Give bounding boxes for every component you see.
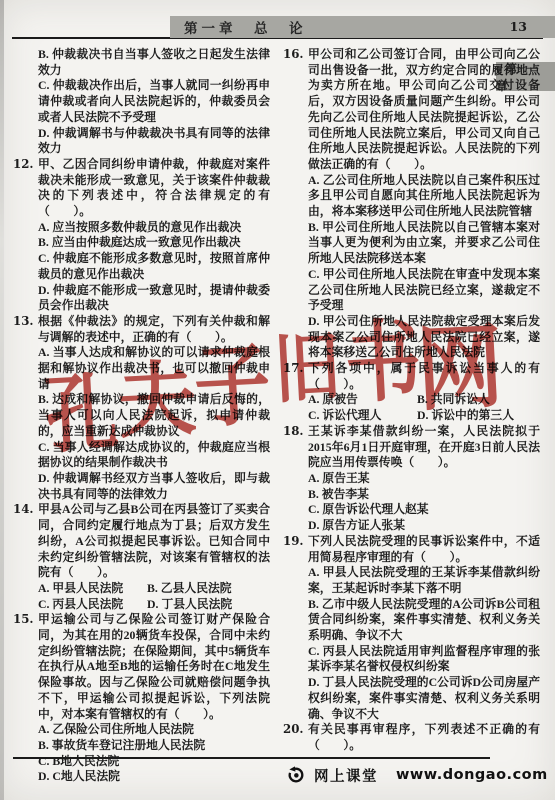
option-item: D. 仲裁庭不能形成一致意见时，提请仲裁委员会作出裁决 [38, 283, 270, 314]
scan-edge-shadow [0, 0, 4, 800]
footer-url: www.dongao.com [396, 767, 548, 783]
option-item: D. 仲裁调解书经双方当事人签收后，即与裁决书具有同等的法律效力 [38, 471, 270, 502]
option-item: A. 甲县人民法院 [38, 581, 147, 597]
question-stem: 甲运输公司与乙保险公司签订财产保险合同，为其在用的20辆货车投保，合同中未约定纠… [38, 612, 270, 722]
option-item: A. 原被告 [308, 392, 417, 408]
option-item: A. 当事人达成和解协议的可以请求仲裁庭根据和解协议作出裁决书，也可以撤回仲裁申… [38, 345, 270, 392]
question-body: 甲县A公司与乙县B公司在丙县签订了买卖合同，合同约定履行地点为丁县；后双方发生纠… [38, 502, 270, 612]
option-item: B. 乙县人民法院 [147, 581, 270, 597]
options-list: A. 原告王某B. 被告李某C. 原告诉讼代理人赵某D. 原告方证人张某 [308, 471, 540, 534]
question-body: 甲公司和乙公司签订合同，由甲公司向乙公司出售设备一批，双方约定合同的履行地点为卖… [308, 47, 540, 361]
question-block: B. 仲裁裁决书自当事人签收之日起发生法律效力C. 仲裁裁决作出后，当事人就同一… [13, 47, 270, 157]
question-stem: 王某诉李某借款纠纷一案，人民法院拟于2015年6月1日开庭审理，在开庭3日前人民… [308, 424, 540, 471]
option-item: D. 丁县人民法院受理的C公司诉D公司房屋产权纠纷案，案件事实清楚、权利义务关系… [308, 675, 540, 722]
question-block: 15.甲运输公司与乙保险公司签订财产保险合同，为其在用的20辆货车投保，合同中未… [13, 612, 270, 785]
option-item: C. 原告诉讼代理人赵某 [308, 502, 540, 518]
chapter-title: 第一章 总 论 [184, 17, 307, 37]
options-list: B. 仲裁裁决书自当事人签收之日起发生法律效力C. 仲裁裁决作出后，当事人就同一… [38, 47, 270, 157]
option-item: B. 甲公司住所地人民法院以自己管辖本案对当事人更为便利为由立案，并要求乙公司住… [308, 220, 540, 267]
page-number: 13 [510, 19, 527, 34]
left-column: B. 仲裁裁决书自当事人签收之日起发生法律效力C. 仲裁裁决作出后，当事人就同一… [13, 47, 270, 785]
right-column: 16.甲公司和乙公司签订合同，由甲公司向乙公司出售设备一批，双方约定合同的履行地… [283, 47, 540, 754]
dongao-logo-icon [287, 766, 305, 784]
question-number: 20. [283, 722, 308, 753]
option-item: C. 仲裁裁决作出后，当事人就同一纠纷再申请仲裁或者向人民法院起诉的，仲裁委员会… [38, 78, 270, 125]
question-stem: 根据《仲裁法》的规定，下列有关仲裁和解与调解的表述中，正确的有（ ）。 [38, 314, 270, 345]
option-item: C. 丙县人民法院适用审判监督程序审理的张某诉李某名誉权侵权纠纷案 [308, 644, 540, 675]
option-item: B. 达成和解协议，撤回仲裁申请后反悔的，当事人可以向人民法院起诉，拟申请仲裁的… [38, 392, 270, 439]
options-list: A. 原被告B. 共同诉讼人C. 诉讼代理人D. 诉讼中的第三人 [308, 392, 540, 423]
option-item: D. 原告方证人张某 [308, 518, 540, 534]
footer-rule [13, 757, 490, 759]
question-stem: 甲、乙因合同纠纷申请仲裁，仲裁庭对案件裁决未能形成一致意见，关于该案件仲裁裁决的… [38, 157, 270, 220]
question-block: 20.有关民事再审程序，下列表述不正确的有（ ）。 [283, 722, 540, 753]
question-block: 18.王某诉李某借款纠纷一案，人民法院拟于2015年6月1日开庭审理，在开庭3日… [283, 424, 540, 534]
option-item: D. 丁县人民法院 [147, 597, 270, 613]
question-stem: 甲县A公司与乙县B公司在丙县签订了买卖合同，合同约定履行地点为丁县；后双方发生纠… [38, 502, 270, 581]
question-block: 13.根据《仲裁法》的规定，下列有关仲裁和解与调解的表述中，正确的有（ ）。A.… [13, 314, 270, 502]
option-item: B. 乙市中级人民法院受理的A公司诉B公司租赁合同纠纷案，案件事实清楚、权利义务… [308, 597, 540, 644]
option-item: B. 被告李某 [308, 487, 540, 503]
option-item: C. 丙县人民法院 [38, 597, 147, 613]
question-number: 16. [283, 47, 308, 361]
option-item: B. 共同诉讼人 [417, 392, 540, 408]
option-item: D. C地人民法院 [38, 769, 270, 785]
option-item: B. 应当由仲裁庭达成一致意见作出裁决 [38, 235, 270, 251]
question-number: 14. [13, 502, 38, 612]
question-body: 下列人民法院受理的民事诉讼案件中，不适用简易程序审理的有（ ）。A. 甲县人民法… [308, 534, 540, 722]
option-item: B. 仲裁裁决书自当事人签收之日起发生法律效力 [38, 47, 270, 78]
question-body: 下列各项中，属于民事诉讼当事人的有（ ）。A. 原被告B. 共同诉讼人C. 诉讼… [308, 361, 540, 424]
option-item: D. 甲公司住所地人民法院裁定受理本案后发现本案乙公司住所地人民法院已经立案，遂… [308, 314, 540, 361]
question-body: 有关民事再审程序，下列表述不正确的有（ ）。 [308, 722, 540, 753]
option-item: A. 甲县人民法院受理的王某诉李某借款纠纷案，王某起诉时李某下落不明 [308, 565, 540, 596]
question-number: 12. [13, 157, 38, 314]
option-item: C. 当事人经调解达成协议的，仲裁庭应当根据协议的结果制作裁决书 [38, 440, 270, 471]
question-number: 15. [13, 612, 38, 785]
question-block: 19.下列人民法院受理的民事诉讼案件中，不适用简易程序审理的有（ ）。A. 甲县… [283, 534, 540, 722]
options-list: A. 乙保险公司住所地人民法院B. 事故货车登记注册地人民法院C. B地人民法院… [38, 722, 270, 785]
question-number [13, 47, 38, 157]
option-item: C. 仲裁庭不能形成多数意见时，按照首席仲裁员的意见作出裁决 [38, 251, 270, 282]
question-stem: 下列各项中，属于民事诉讼当事人的有（ ）。 [308, 361, 540, 392]
question-body: B. 仲裁裁决书自当事人签收之日起发生法律效力C. 仲裁裁决作出后，当事人就同一… [38, 47, 270, 157]
question-block: 17.下列各项中，属于民事诉讼当事人的有（ ）。A. 原被告B. 共同诉讼人C.… [283, 361, 540, 424]
question-stem: 甲公司和乙公司签订合同，由甲公司向乙公司出售设备一批，双方约定合同的履行地点为卖… [308, 47, 540, 173]
options-list: A. 甲县人民法院受理的王某诉李某借款纠纷案，王某起诉时李某下落不明B. 乙市中… [308, 565, 540, 722]
option-item: C. B地人民法院 [38, 754, 270, 770]
option-item: D. 诉讼中的第三人 [417, 408, 540, 424]
option-item: A. 原告王某 [308, 471, 540, 487]
question-stem: 下列人民法院受理的民事诉讼案件中，不适用简易程序审理的有（ ）。 [308, 534, 540, 565]
option-item: A. 应当按照多数仲裁员的意见作出裁决 [38, 220, 270, 236]
question-block: 14.甲县A公司与乙县B公司在丙县签订了买卖合同，合同约定履行地点为丁县；后双方… [13, 502, 270, 612]
question-body: 根据《仲裁法》的规定，下列有关仲裁和解与调解的表述中，正确的有（ ）。A. 当事… [38, 314, 270, 502]
question-number: 19. [283, 534, 308, 722]
footer-brand-text: 网上课堂 [314, 765, 378, 786]
option-item: C. 甲公司住所地人民法院在审查中发现本案乙公司住所地人民法院已经立案，遂裁定不… [308, 267, 540, 314]
question-body: 甲运输公司与乙保险公司签订财产保险合同，为其在用的20辆货车投保，合同中未约定纠… [38, 612, 270, 785]
question-body: 甲、乙因合同纠纷申请仲裁，仲裁庭对案件裁决未能形成一致意见，关于该案件仲裁裁决的… [38, 157, 270, 314]
options-list: A. 甲县人民法院B. 乙县人民法院C. 丙县人民法院D. 丁县人民法院 [38, 581, 270, 612]
option-item: C. 诉讼代理人 [308, 408, 417, 424]
question-number: 18. [283, 424, 308, 534]
chapter-header-bar: 第一章 总 论 13 [170, 16, 555, 38]
question-number: 13. [13, 314, 38, 502]
footer-brand: 网上课堂 www.dongao.com [287, 764, 548, 786]
question-body: 王某诉李某借款纠纷一案，人民法院拟于2015年6月1日开庭审理，在开庭3日前人民… [308, 424, 540, 534]
option-item: B. 事故货车登记注册地人民法院 [38, 738, 270, 754]
options-list: A. 当事人达成和解协议的可以请求仲裁庭根据和解协议作出裁决书，也可以撤回仲裁申… [38, 345, 270, 502]
question-block: 16.甲公司和乙公司签订合同，由甲公司向乙公司出售设备一批，双方约定合同的履行地… [283, 47, 540, 361]
option-item: D. 仲裁调解书与仲裁裁决书具有同等的法律效力 [38, 126, 270, 157]
question-block: 12.甲、乙因合同纠纷申请仲裁，仲裁庭对案件裁决未能形成一致意见，关于该案件仲裁… [13, 157, 270, 314]
question-number: 17. [283, 361, 308, 424]
options-list: A. 应当按照多数仲裁员的意见作出裁决B. 应当由仲裁庭达成一致意见作出裁决C.… [38, 220, 270, 314]
option-item: A. 乙公司住所地人民法院以自己案件积压过多且甲公司自愿向其住所地人民法院起诉为… [308, 173, 540, 220]
options-list: A. 乙公司住所地人民法院以自己案件积压过多且甲公司自愿向其住所地人民法院起诉为… [308, 173, 540, 361]
option-item: A. 乙保险公司住所地人民法院 [38, 722, 270, 738]
scanned-book-page: 第一章 总 论 13 第一章 B. 仲裁裁决书自当事人签收之日起发生法律效力C.… [0, 0, 555, 800]
question-stem: 有关民事再审程序，下列表述不正确的有（ ）。 [308, 722, 540, 753]
